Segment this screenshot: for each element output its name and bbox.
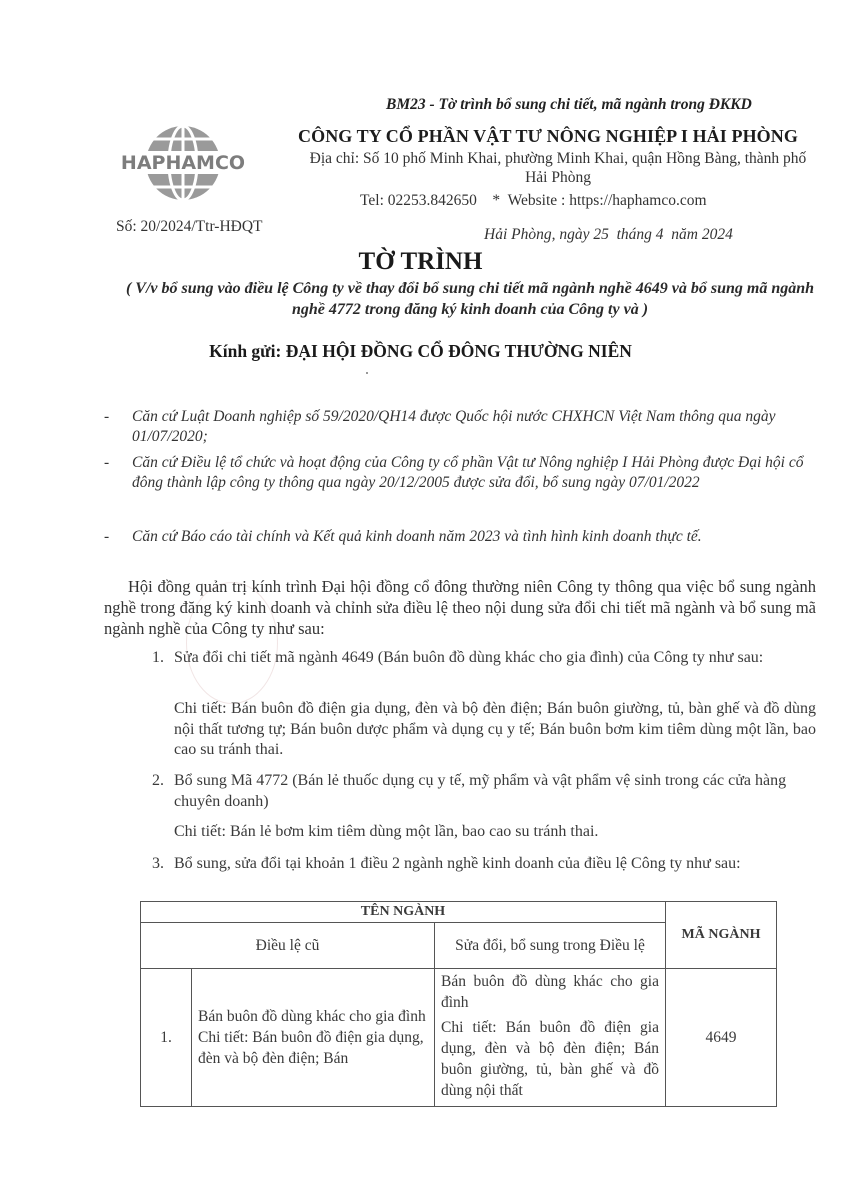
table-group-header: TÊN NGÀNH [141, 902, 666, 923]
item-detail: Chi tiết: Bán lẻ bơm kim tiêm dùng một l… [174, 822, 816, 843]
list-item: 2. Bổ sung Mã 4772 (Bán lẻ thuốc dụng cụ… [152, 771, 816, 812]
company-address: Địa chỉ: Số 10 phố Minh Khai, phường Min… [298, 149, 818, 187]
svg-text:HAPHAMCO: HAPHAMCO [121, 152, 245, 174]
recipient-label: Kính gửi: [209, 341, 286, 361]
legal-basis-item: - Căn cứ Luật Doanh nghiệp số 59/2020/QH… [104, 407, 804, 447]
legal-basis-item: - Căn cứ Điều lệ tổ chức và hoạt động củ… [104, 453, 804, 493]
recipient-name: ĐẠI HỘI ĐỒNG CỔ ĐÔNG THƯỜNG NIÊN [286, 341, 632, 361]
company-logo: HAPHAMCO [112, 122, 254, 204]
row-old-text: Bán buôn đồ dùng khác cho gia đình Chi t… [192, 969, 435, 1107]
list-item: 3. Bổ sung, sửa đổi tại khoản 1 điều 2 n… [152, 854, 816, 875]
item-detail: Chi tiết: Bán buôn đồ điện gia dụng, đèn… [174, 699, 816, 761]
legal-basis-item: - Căn cứ Báo cáo tài chính và Kết quả ki… [104, 527, 804, 547]
document-title: TỜ TRÌNH [0, 248, 841, 276]
place-date: Hải Phòng, ngày 25 tháng 4 năm 2024 [484, 226, 733, 244]
company-contact: Tel: 02253.842650 * Website : https://ha… [360, 192, 707, 210]
document-number: Số: 20/2024/Ttr-HĐQT [116, 218, 263, 236]
table-row: 1. Bán buôn đồ dùng khác cho gia đình Ch… [141, 969, 777, 1107]
globe-icon: HAPHAMCO [112, 122, 254, 204]
company-name: CÔNG TY CỔ PHẦN VẬT TƯ NÔNG NGHIỆP I HẢI… [298, 126, 798, 147]
table-header-new: Sửa đổi, bổ sung trong Điều lệ [435, 923, 666, 969]
form-code: BM23 - Tờ trình bổ sung chi tiết, mã ngà… [386, 96, 752, 114]
recipient: Kính gửi: ĐẠI HỘI ĐỒNG CỔ ĐÔNG THƯỜNG NI… [0, 341, 841, 362]
industry-code-table: TÊN NGÀNH MÃ NGÀNH Điều lệ cũ Sửa đổi, b… [140, 901, 777, 1107]
table-header-old: Điều lệ cũ [141, 923, 435, 969]
decorative-dot [366, 372, 368, 374]
row-index: 1. [141, 969, 192, 1107]
row-code: 4649 [666, 969, 777, 1107]
document-subject: ( V/v bổ sung vào điều lệ Công ty về tha… [110, 278, 830, 320]
intro-paragraph: Hội đồng quản trị kính trình Đại hội đồn… [104, 576, 816, 639]
list-item: 1. Sửa đổi chi tiết mã ngành 4649 (Bán b… [152, 648, 816, 669]
row-new-text: Bán buôn đồ dùng khác cho gia đình Chi t… [435, 969, 666, 1107]
table-header-code: MÃ NGÀNH [666, 902, 777, 969]
